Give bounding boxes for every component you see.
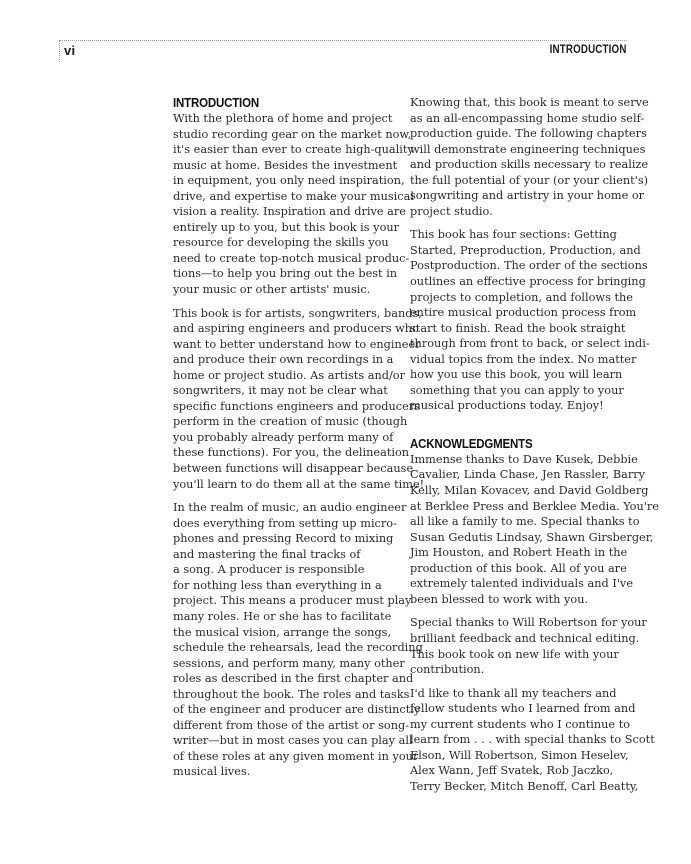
text-line: contribution. xyxy=(410,662,642,678)
text-line: been blessed to work with you. xyxy=(410,592,642,608)
paragraph: Special thanks to Will Robertson for you… xyxy=(410,615,642,677)
text-line: vidual topics from the index. No matter xyxy=(410,352,642,368)
acknowledgments-paragraphs: Immense thanks to Dave Kusek, DebbieCava… xyxy=(410,452,642,794)
text-line: Postproduction. The order of the section… xyxy=(410,258,642,274)
right-column: Knowing that, this book is meant to serv… xyxy=(410,95,642,802)
text-line: start to finish. Read the book straight xyxy=(410,321,642,337)
text-line: and aspiring engineers and producers who xyxy=(173,321,405,337)
text-line: specific functions engineers and produce… xyxy=(173,399,405,415)
header-dotted-side-rule xyxy=(59,40,60,62)
text-line: many roles. He or she has to facilitate xyxy=(173,609,405,625)
text-line: musical productions today. Enjoy! xyxy=(410,398,642,414)
text-line: Terry Becker, Mitch Benoff, Carl Beatty, xyxy=(410,779,642,795)
text-line: throughout the book. The roles and tasks xyxy=(173,687,405,703)
text-line: my current students who I continue to xyxy=(410,717,642,733)
text-line: musical lives. xyxy=(173,764,405,780)
text-line: Elson, Will Robertson, Simon Heselev, xyxy=(410,748,642,764)
page-number: vi xyxy=(64,43,75,58)
text-line: you'll learn to do them all at the same … xyxy=(173,477,405,493)
text-line: projects to completion, and follows the xyxy=(410,290,642,306)
text-line: home or project studio. As artists and/o… xyxy=(173,368,405,384)
text-line: tions—to help you bring out the best in xyxy=(173,266,405,282)
text-line: and production skills necessary to reali… xyxy=(410,157,642,173)
text-line: you probably already perform many of xyxy=(173,430,405,446)
text-line: brilliant feedback and technical editing… xyxy=(410,631,642,647)
text-line: drive, and expertise to make your musica… xyxy=(173,189,405,205)
text-line: something that you can apply to your xyxy=(410,383,642,399)
text-line: songwriting and artistry in your home or xyxy=(410,188,642,204)
text-line: these functions). For you, the delineati… xyxy=(173,445,405,461)
text-line: your music or other artists' music. xyxy=(173,282,405,298)
text-line: project. This means a producer must play xyxy=(173,593,405,609)
paragraph: Knowing that, this book is meant to serv… xyxy=(410,95,642,219)
text-line: resource for developing the skills you xyxy=(173,235,405,251)
paragraph: With the plethora of home and projectstu… xyxy=(173,111,405,298)
text-line: Kelly, Milan Kovacev, and David Goldberg xyxy=(410,483,642,499)
header-dotted-rule xyxy=(59,40,627,41)
text-line: Cavalier, Linda Chase, Jen Rassler, Barr… xyxy=(410,467,642,483)
text-line: outlines an effective process for bringi… xyxy=(410,274,642,290)
text-line: the musical vision, arrange the songs, xyxy=(173,625,405,641)
text-line: need to create top-notch musical produc- xyxy=(173,251,405,267)
text-line: a song. A producer is responsible xyxy=(173,562,405,578)
text-line: Susan Gedutis Lindsay, Shawn Girsberger, xyxy=(410,530,642,546)
text-line: roles as described in the first chapter … xyxy=(173,671,405,687)
text-line: entire musical production process from xyxy=(410,305,642,321)
text-line: extremely talented individuals and I've xyxy=(410,576,642,592)
text-line: Alex Wann, Jeff Svatek, Rob Jaczko, xyxy=(410,763,642,779)
text-line: want to better understand how to enginee… xyxy=(173,337,405,353)
acknowledgments-heading: ACKNOWLEDGMENTS xyxy=(410,436,623,452)
text-line: of these roles at any given moment in yo… xyxy=(173,749,405,765)
text-line: phones and pressing Record to mixing xyxy=(173,531,405,547)
text-line: Special thanks to Will Robertson for you… xyxy=(410,615,642,631)
text-line: perform in the creation of music (though xyxy=(173,414,405,430)
text-line: In the realm of music, an audio engineer xyxy=(173,500,405,516)
text-line: between functions will disappear because xyxy=(173,461,405,477)
paragraph: This book is for artists, songwriters, b… xyxy=(173,306,405,493)
text-line: will demonstrate engineering techniques xyxy=(410,142,642,158)
text-line: and mastering the final tracks of xyxy=(173,547,405,563)
text-line: learn from . . . with special thanks to … xyxy=(410,732,642,748)
paragraph: This book has four sections: GettingStar… xyxy=(410,227,642,414)
text-line: entirely up to you, but this book is you… xyxy=(173,220,405,236)
text-line: different from those of the artist or so… xyxy=(173,718,405,734)
text-line: vision a reality. Inspiration and drive … xyxy=(173,204,405,220)
text-line: through from front to back, or select in… xyxy=(410,336,642,352)
text-line: schedule the rehearsals, lead the record… xyxy=(173,640,405,656)
text-line: fellow students who I learned from and xyxy=(410,701,642,717)
text-line: songwriters, it may not be clear what xyxy=(173,383,405,399)
text-line: production of this book. All of you are xyxy=(410,561,642,577)
paragraph: Immense thanks to Dave Kusek, DebbieCava… xyxy=(410,452,642,607)
text-line: sessions, and perform many, many other xyxy=(173,656,405,672)
text-line: studio recording gear on the market now, xyxy=(173,127,405,143)
text-line: of the engineer and producer are distinc… xyxy=(173,702,405,718)
text-line: With the plethora of home and project xyxy=(173,111,405,127)
left-column: INTRODUCTION With the plethora of home a… xyxy=(173,95,405,788)
section-spacer xyxy=(410,422,642,436)
paragraph: I'd like to thank all my teachers andfel… xyxy=(410,686,642,795)
text-line: and produce their own recordings in a xyxy=(173,352,405,368)
text-line: Started, Preproduction, Production, and xyxy=(410,243,642,259)
text-line: Jim Houston, and Robert Heath in the xyxy=(410,545,642,561)
text-line: project studio. xyxy=(410,204,642,220)
text-line: writer—but in most cases you can play al… xyxy=(173,733,405,749)
text-line: This book is for artists, songwriters, b… xyxy=(173,306,405,322)
text-line: in equipment, you only need inspiration, xyxy=(173,173,405,189)
text-line: it's easier than ever to create high-qua… xyxy=(173,142,405,158)
text-line: Immense thanks to Dave Kusek, Debbie xyxy=(410,452,642,468)
book-page: vi INTRODUCTION INTRODUCTION With the pl… xyxy=(0,0,691,864)
text-line: This book has four sections: Getting xyxy=(410,227,642,243)
text-line: all like a family to me. Special thanks … xyxy=(410,514,642,530)
text-line: Knowing that, this book is meant to serv… xyxy=(410,95,642,111)
text-line: music at home. Besides the investment xyxy=(173,158,405,174)
paragraph: In the realm of music, an audio engineer… xyxy=(173,500,405,780)
text-line: I'd like to thank all my teachers and xyxy=(410,686,642,702)
text-line: production guide. The following chapters xyxy=(410,126,642,142)
text-line: This book took on new life with your xyxy=(410,647,642,663)
text-line: does everything from setting up micro- xyxy=(173,516,405,532)
introduction-heading: INTRODUCTION xyxy=(173,95,386,111)
right-paragraphs: Knowing that, this book is meant to serv… xyxy=(410,95,642,414)
text-line: for nothing less than everything in a xyxy=(173,578,405,594)
text-line: how you use this book, you will learn xyxy=(410,367,642,383)
left-paragraphs: With the plethora of home and projectstu… xyxy=(173,111,405,780)
running-head: INTRODUCTION xyxy=(550,44,627,56)
text-line: the full potential of your (or your clie… xyxy=(410,173,642,189)
text-line: at Berklee Press and Berklee Media. You'… xyxy=(410,499,642,515)
text-line: as an all-encompassing home studio self- xyxy=(410,111,642,127)
